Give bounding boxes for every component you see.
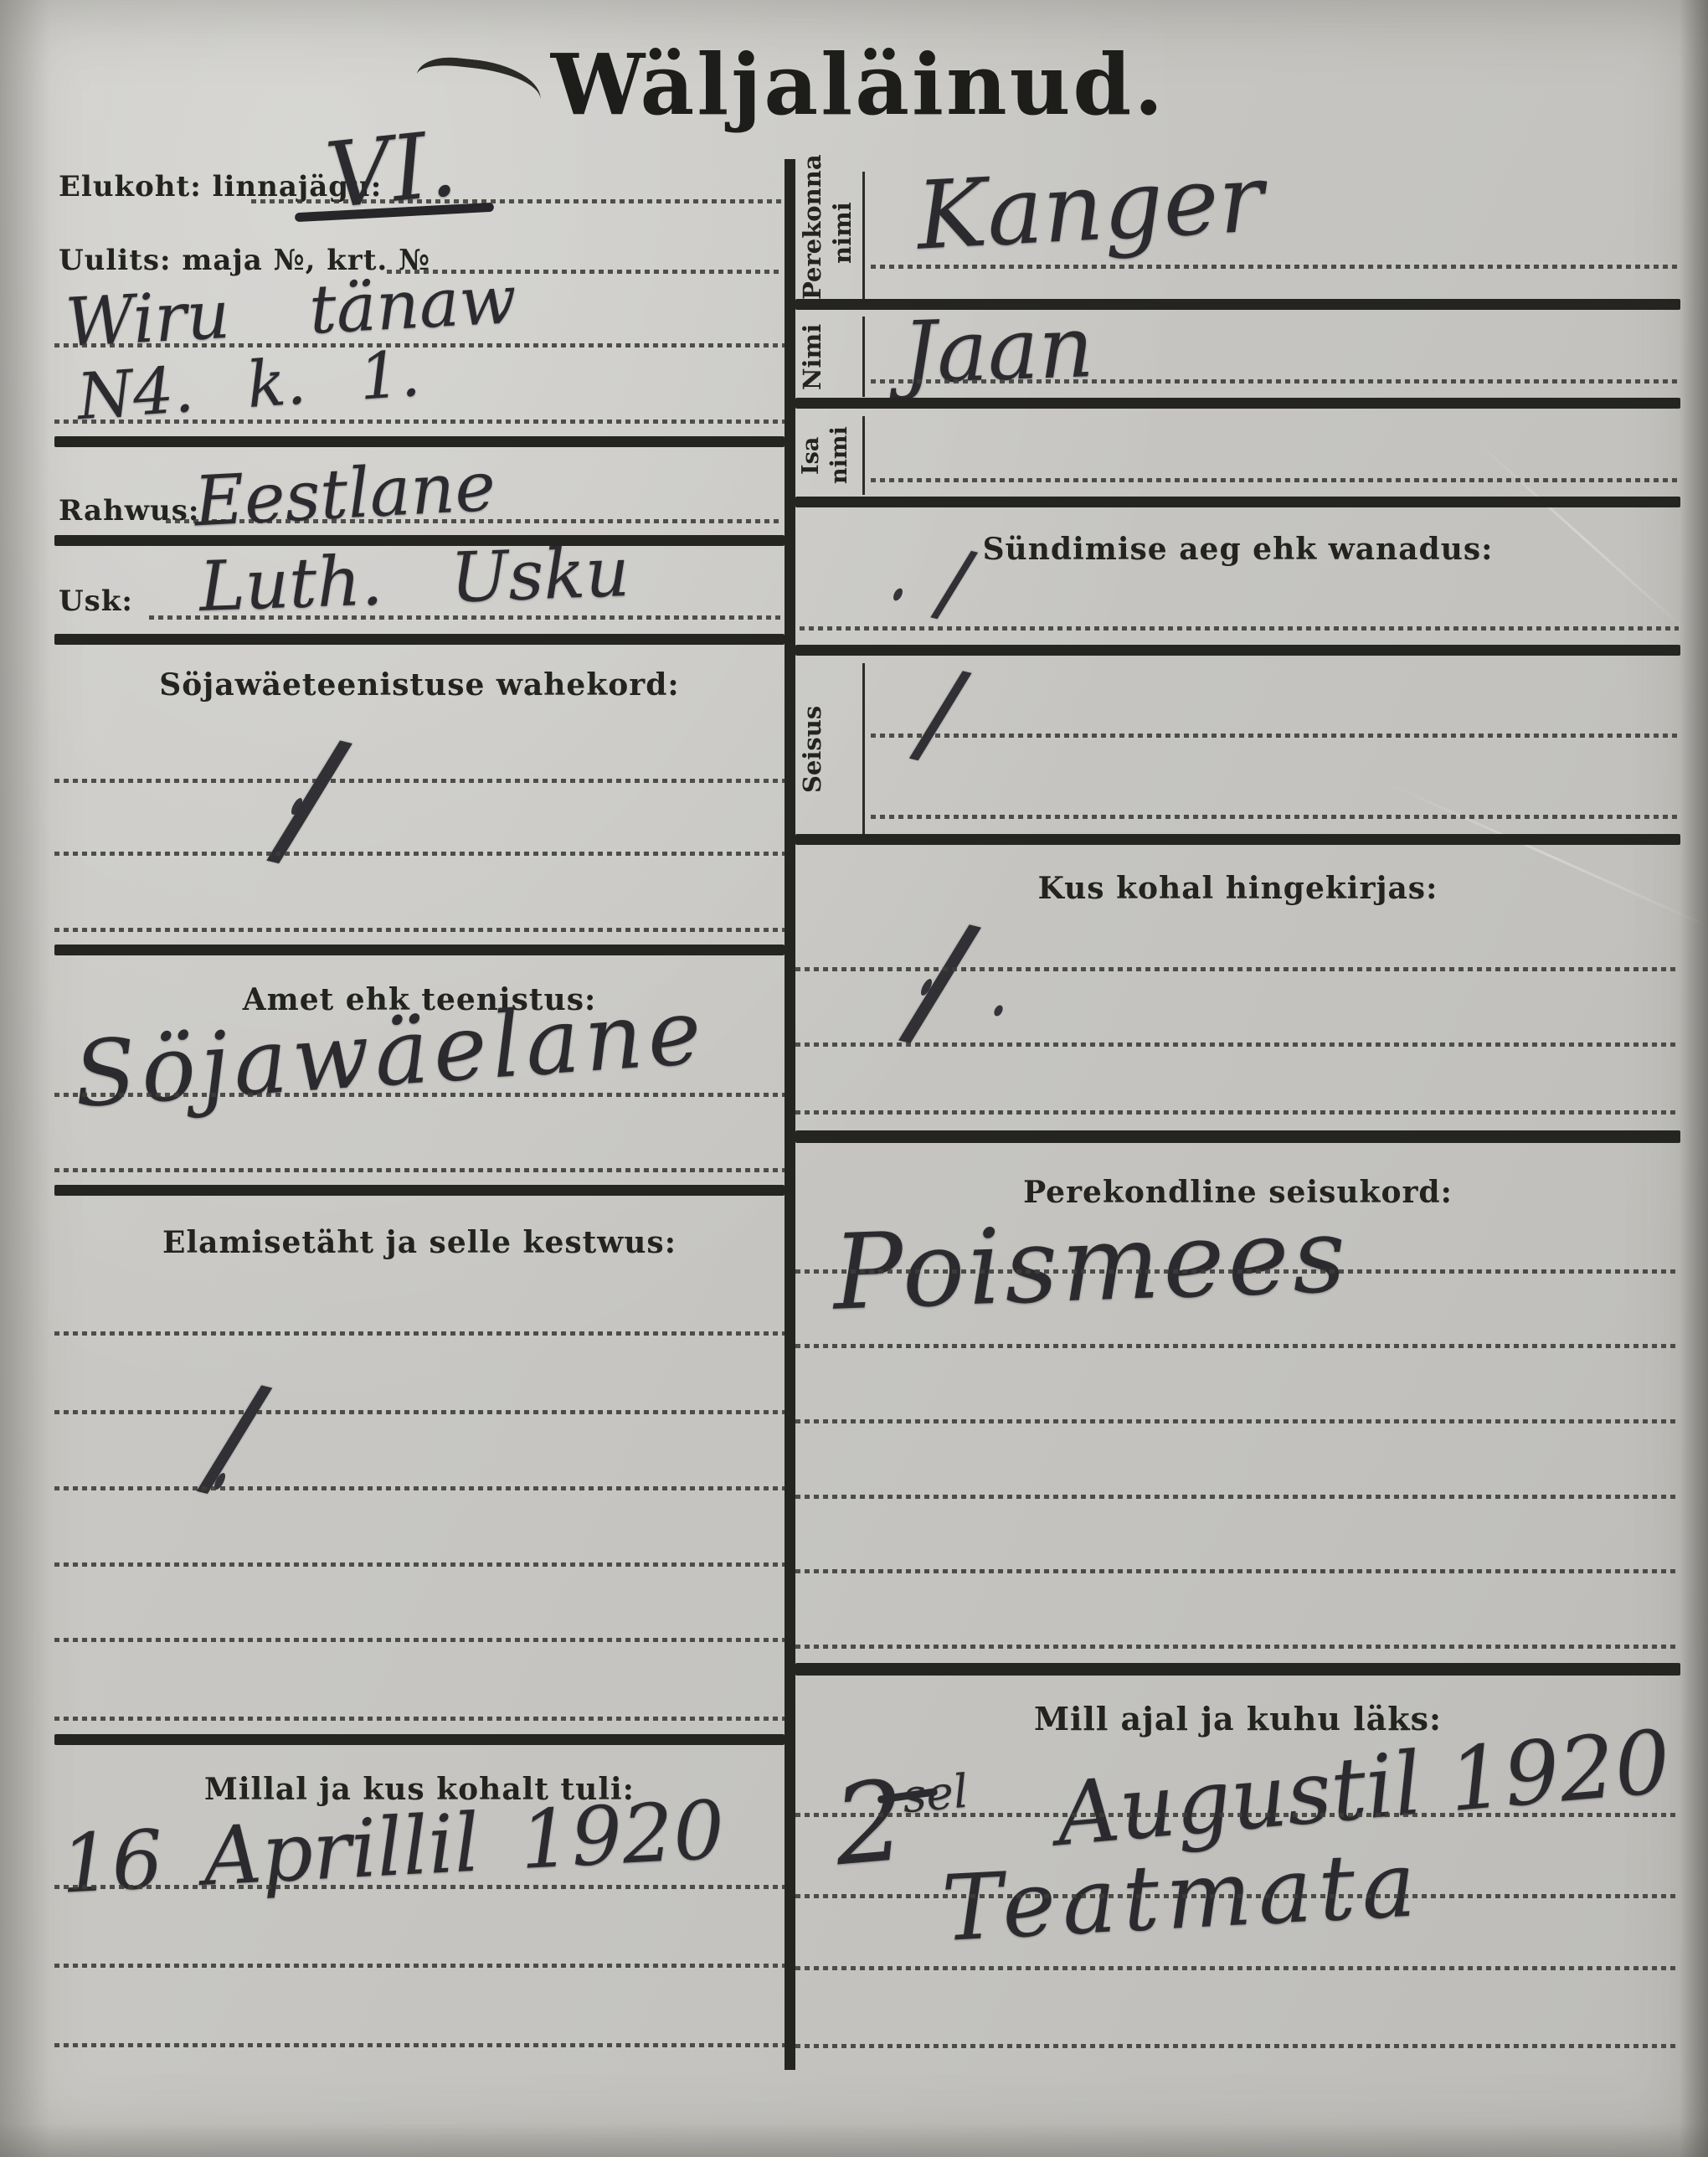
military-service-header: Söjawäeteenistuse wahekord:	[54, 667, 785, 703]
status-label: Seisus	[797, 663, 862, 835]
dotted-line	[54, 1885, 785, 1889]
dotted-line	[54, 852, 785, 856]
paper-edge-shadow-bottom	[0, 2124, 1708, 2157]
section-divider	[795, 1130, 1680, 1143]
dotted-line	[795, 1495, 1679, 1499]
section-divider	[795, 398, 1680, 409]
dotted-line	[54, 1717, 785, 1721]
section-divider	[54, 1185, 785, 1196]
ink-tick	[992, 1004, 1005, 1018]
dotted-line	[871, 478, 1679, 482]
surname-value-handwritten: Kanger	[914, 152, 1265, 264]
pen-stroke-mark	[415, 54, 543, 100]
father-name-label: Isa nimi	[797, 416, 862, 495]
nationality-value-handwritten: Eestlane	[193, 453, 497, 538]
document-title: Wäljaläinud.	[536, 35, 1181, 134]
dotted-line	[871, 815, 1679, 819]
dotted-line	[54, 1168, 785, 1172]
label-separator-line	[862, 663, 865, 835]
dotted-line	[54, 779, 785, 783]
dotted-line	[871, 265, 1679, 269]
section-divider	[795, 1663, 1680, 1676]
registry-slash-mark: /	[898, 905, 983, 1055]
dotted-line	[54, 1093, 785, 1097]
dotted-line	[871, 734, 1679, 738]
paper-edge-shadow-right	[1680, 0, 1708, 2157]
dotted-line	[795, 967, 1679, 971]
registry-header: Kus kohal hingekirjas:	[795, 871, 1680, 906]
registration-card: Wäljaläinud. Elukoht: linnajägu: VI. Uul…	[0, 0, 1708, 2157]
dotted-line	[795, 1894, 1679, 1898]
family-status-value-handwritten: Poismees	[831, 1203, 1350, 1325]
dotted-line	[795, 1269, 1679, 1274]
dotted-line	[795, 1419, 1679, 1423]
dotted-line	[800, 626, 1679, 631]
surname-label: Perekonna nimi	[797, 166, 862, 300]
section-divider	[795, 497, 1680, 507]
paper-edge-shadow-left	[0, 0, 50, 2157]
dotted-line	[795, 1966, 1679, 1970]
dotted-line	[54, 1562, 785, 1567]
label-separator-line	[862, 317, 865, 397]
label-separator-line	[862, 172, 865, 300]
section-divider	[795, 645, 1680, 656]
section-divider	[54, 436, 785, 447]
paper-crease	[1388, 783, 1708, 929]
dotted-line	[795, 2044, 1679, 2048]
dotted-line	[54, 420, 785, 424]
dotted-line	[54, 1486, 785, 1490]
dotted-line	[54, 1331, 785, 1336]
section-divider	[795, 834, 1680, 845]
dotted-line	[54, 928, 785, 932]
religion-value-handwritten: Luth. Usku	[198, 538, 630, 622]
section-divider	[54, 634, 785, 645]
section-divider	[54, 1734, 785, 1745]
dotted-line	[54, 1410, 785, 1414]
departure-day: 2	[829, 1757, 910, 1892]
column-divider	[785, 159, 795, 2070]
dotted-line	[871, 379, 1679, 384]
label-separator-line	[862, 416, 865, 495]
dotted-line	[54, 343, 785, 347]
status-slash-mark: /	[908, 656, 973, 770]
dotted-line	[795, 1645, 1679, 1649]
dotted-line	[54, 1638, 785, 1642]
first-name-label: Nimi	[797, 317, 862, 397]
dotted-line	[795, 1813, 1679, 1817]
dotted-line	[795, 1110, 1679, 1115]
birth-date-header: Sündimise aeg ehk wanadus:	[795, 532, 1680, 567]
dotted-line	[54, 1964, 785, 1968]
dotted-line	[795, 1042, 1679, 1047]
religion-label: Usk:	[59, 584, 133, 618]
ink-tick	[892, 587, 904, 602]
dotted-line	[54, 2043, 785, 2047]
residence-permit-header: Elamisetäht ja selle kestwus:	[54, 1225, 785, 1260]
section-divider	[54, 945, 785, 955]
dotted-line	[795, 1569, 1679, 1573]
dotted-line	[795, 1344, 1679, 1348]
residence-permit-slash-mark: /	[196, 1367, 275, 1505]
